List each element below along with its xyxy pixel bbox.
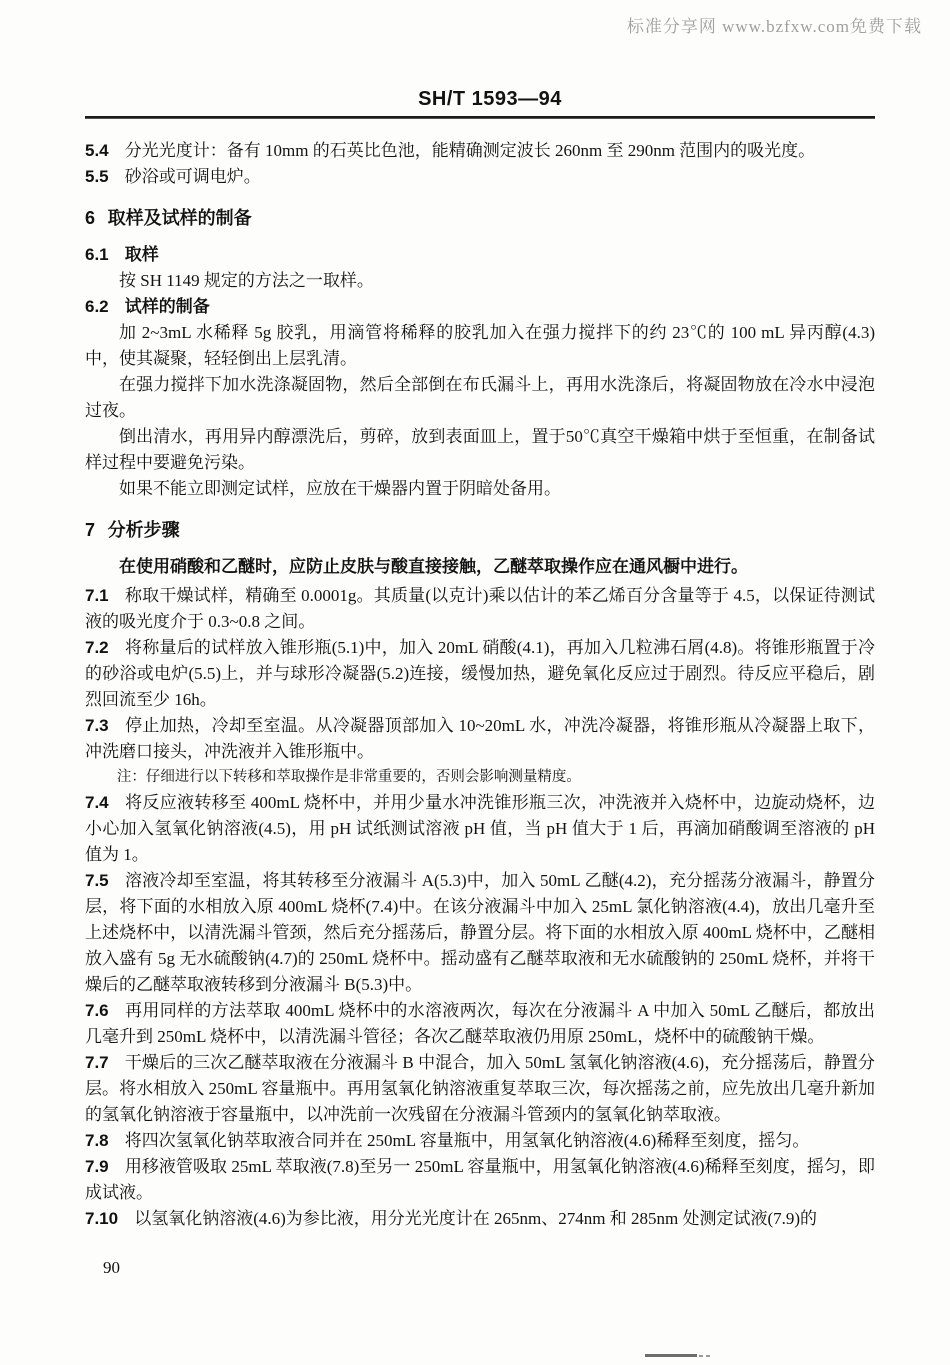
section-number: 7.7: [85, 1053, 109, 1072]
doc-number: SH/T 1593—94: [0, 88, 950, 111]
paragraph-text: 再用同样的方法萃取 400mL 烧杯中的水溶液两次，每次在分液漏斗 A 中加入 …: [85, 1001, 875, 1046]
paragraph: 7.5溶液冷却至室温，将其转移至分液漏斗 A(5.3)中，加入 50mL 乙醚(…: [85, 868, 875, 998]
document-page: 标准分享网 www.bzfxw.com免费下载 SH/T 1593—94 5.4…: [0, 0, 950, 1365]
section-number: 7.3: [85, 716, 109, 735]
paragraph: 7.3停止加热，冷却至室温。从冷凝器顶部加入 10~20mL 水，冲洗冷凝器，将…: [85, 713, 875, 765]
paragraph: 加 2~3mL 水稀释 5g 胶乳，用滴管将稀释的胶乳加入在强力搅拌下的约 23…: [85, 320, 875, 372]
paragraph: 5.4分光光度计：备有 10mm 的石英比色池，能精确测定波长 260nm 至 …: [85, 138, 875, 164]
header-rule: [85, 116, 875, 119]
paragraph-text: 将反应液转移至 400mL 烧杯中，并用少量水冲洗锥形瓶三次，冲洗液并入烧杯中，…: [85, 793, 875, 864]
paragraph-text: 分析步骤: [108, 520, 180, 540]
paragraph-text: 砂浴或可调电炉。: [125, 167, 261, 186]
subsection-heading: 6.2试样的制备: [85, 294, 875, 320]
paragraph: 如果不能立即测定试样，应放在干燥器内置于阴暗处备用。: [85, 476, 875, 502]
paragraph-text: 以氢氧化钠溶液(4.6)为参比液，用分光光度计在 265nm、274nm 和 2…: [134, 1209, 817, 1228]
paragraph: 7.1称取干燥试样，精确至 0.0001g。其质量(以克计)乘以估计的苯乙烯百分…: [85, 583, 875, 635]
section-number: 6.2: [85, 297, 109, 316]
paragraph-text: 溶液冷却至室温，将其转移至分液漏斗 A(5.3)中，加入 50mL 乙醚(4.2…: [85, 871, 875, 994]
section-number: 5.4: [85, 141, 109, 160]
paragraph-text: 取样及试样的制备: [108, 208, 252, 228]
paragraph: 按 SH 1149 规定的方法之一取样。: [85, 268, 875, 294]
section-number: 7.10: [85, 1209, 118, 1228]
paragraph-text: 用移液管吸取 25mL 萃取液(7.8)至另一 250mL 容量瓶中，用氢氧化钠…: [85, 1157, 875, 1202]
paragraph: 7.7干燥后的三次乙醚萃取液在分液漏斗 B 中混合，加入 50mL 氢氧化钠溶液…: [85, 1050, 875, 1128]
note-paragraph: 注：仔细进行以下转移和萃取操作是非常重要的，否则会影响测量精度。: [85, 765, 875, 790]
paragraph-text: 称取干燥试样，精确至 0.0001g。其质量(以克计)乘以估计的苯乙烯百分含量等…: [85, 586, 875, 631]
scan-artifact-dashes: [699, 1355, 713, 1357]
paragraph: 在使用硝酸和乙醚时，应防止皮肤与酸直接接触，乙醚萃取操作应在通风橱中进行。: [85, 554, 875, 580]
paragraph: 7.2将称量后的试样放入锥形瓶(5.1)中，加入 20mL 硝酸(4.1)，再加…: [85, 635, 875, 713]
section-number: 7.2: [85, 638, 109, 657]
section-number: 6: [85, 208, 95, 228]
paragraph: 7.8将四次氢氧化钠萃取液合同并在 250mL 容量瓶中，用氢氧化钠溶液(4.6…: [85, 1128, 875, 1154]
paragraph-text: 取样: [125, 245, 159, 264]
watermark-text: 标准分享网 www.bzfxw.com免费下载: [627, 12, 922, 37]
paragraph-text: 试样的制备: [125, 297, 210, 316]
section-number: 7.4: [85, 793, 109, 812]
paragraph: 倒出清水，再用异内醇漂洗后，剪碎，放到表面皿上，置于50℃真空干燥箱中烘于至恒重…: [85, 424, 875, 476]
section-number: 7.9: [85, 1157, 109, 1176]
scan-artifact-bar: [645, 1354, 697, 1357]
document-body: 5.4分光光度计：备有 10mm 的石英比色池，能精确测定波长 260nm 至 …: [85, 138, 875, 1232]
subsection-heading: 6.1取样: [85, 242, 875, 268]
section-heading: 7分析步骤: [85, 517, 875, 543]
section-number: 7.1: [85, 586, 109, 605]
section-number: 7: [85, 520, 95, 540]
paragraph: 在强力搅拌下加水洗涤凝固物，然后全部倒在布氏漏斗上，再用水洗涤后，将凝固物放在冷…: [85, 372, 875, 424]
page-number: 90: [103, 1258, 120, 1278]
paragraph-text: 干燥后的三次乙醚萃取液在分液漏斗 B 中混合，加入 50mL 氢氧化钠溶液(4.…: [85, 1053, 875, 1124]
section-number: 5.5: [85, 167, 109, 186]
section-number: 7.8: [85, 1131, 109, 1150]
paragraph-text: 将四次氢氧化钠萃取液合同并在 250mL 容量瓶中，用氢氧化钠溶液(4.6)稀释…: [125, 1131, 810, 1150]
paragraph-text: 分光光度计：备有 10mm 的石英比色池，能精确测定波长 260nm 至 290…: [125, 141, 815, 160]
paragraph-text: 将称量后的试样放入锥形瓶(5.1)中，加入 20mL 硝酸(4.1)，再加入几粒…: [85, 638, 875, 709]
paragraph: 5.5砂浴或可调电炉。: [85, 164, 875, 190]
section-number: 7.6: [85, 1001, 109, 1020]
section-number: 7.5: [85, 871, 109, 890]
paragraph-text: 停止加热，冷却至室温。从冷凝器顶部加入 10~20mL 水，冲洗冷凝器，将锥形瓶…: [85, 716, 875, 761]
section-heading: 6取样及试样的制备: [85, 205, 875, 231]
paragraph: 7.9用移液管吸取 25mL 萃取液(7.8)至另一 250mL 容量瓶中，用氢…: [85, 1154, 875, 1206]
paragraph: 7.4将反应液转移至 400mL 烧杯中，并用少量水冲洗锥形瓶三次，冲洗液并入烧…: [85, 790, 875, 868]
section-number: 6.1: [85, 245, 109, 264]
paragraph: 7.10以氢氧化钠溶液(4.6)为参比液，用分光光度计在 265nm、274nm…: [85, 1206, 875, 1232]
paragraph: 7.6再用同样的方法萃取 400mL 烧杯中的水溶液两次，每次在分液漏斗 A 中…: [85, 998, 875, 1050]
